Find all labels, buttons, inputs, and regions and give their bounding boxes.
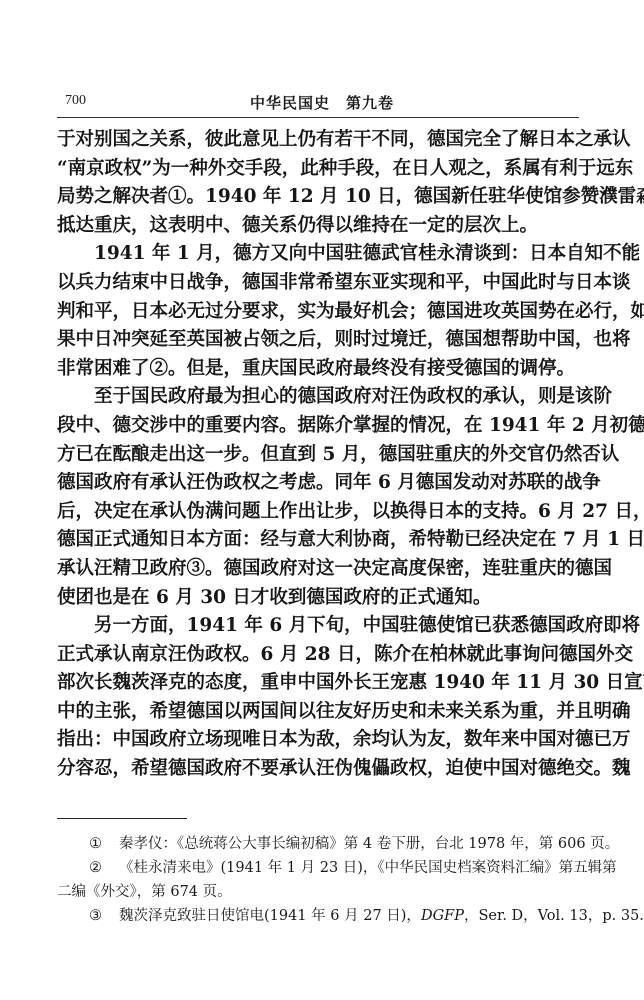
text-line: 果中日冲突延至英国被占领之后，则时过境迁，德国想帮助中国，也将	[57, 326, 581, 355]
text-line: 至于国民政府最为担心的德国政府对汪伪政权的承认，则是该阶	[57, 383, 581, 412]
footnote-text: 《桂永清来电》(1941 年 1 月 23 日)，《中华民国史档案资料汇编》第五…	[119, 860, 617, 876]
header-rule	[57, 117, 579, 118]
text-line: 判和平，日本必无过分要求，实为最好机会；德国进攻英国势在必行，如	[57, 298, 581, 327]
footnote-1: ①秦孝仪：《总统蒋公大事长编初稿》第 4 卷下册，台北 1978 年，第 606…	[57, 832, 581, 856]
text-line: 部次长魏茨泽克的态度，重申中国外长王宠惠 1940 年 11 月 30 日宣言	[57, 669, 581, 698]
footnotes: ①秦孝仪：《总统蒋公大事长编初稿》第 4 卷下册，台北 1978 年，第 606…	[57, 832, 581, 928]
text-line: 局势之解决者①。1940 年 12 月 10 日，德国新任驻华使馆参赞濮雷森	[57, 183, 581, 212]
text-line: 另一方面，1941 年 6 月下旬，中国驻德使馆已获悉德国政府即将	[57, 612, 581, 641]
running-title: 中华民国史 第九卷	[0, 92, 644, 113]
text-line: 正式承认南京汪伪政权。6 月 28 日，陈介在柏林就此事询问德国外交	[57, 641, 581, 670]
text-line: 以兵力结束中日战争，德国非常希望东亚实现和平，中国此时与日本谈	[57, 269, 581, 298]
body-text: 于对别国之关系，彼此意见上仍有若干不同，德国完全了解日本之承认 “南京政权”为一…	[57, 126, 581, 784]
text-line: 分容忍，希望德国政府不要承认汪伪傀儡政权，迫使中国对德绝交。魏	[57, 755, 581, 784]
footnote-2: ②《桂永清来电》(1941 年 1 月 23 日)，《中华民国史档案资料汇编》第…	[57, 856, 581, 880]
text-line: 承认汪精卫政府③。德国政府对这一决定高度保密，连驻重庆的德国	[57, 555, 581, 584]
text-line: “南京政权”为一种外交手段，此种手段，在日人观之，系属有利于远东	[57, 155, 581, 184]
text-line: 1941 年 1 月，德方又向中国驻德武官桂永清谈到：日本自知不能	[57, 240, 581, 269]
text-line: 德国正式通知日本方面：经与意大利协商，希特勒已经决定在 7 月 1 日	[57, 526, 581, 555]
footnote-marker: ②	[89, 856, 119, 880]
footnote-2-continued: 二编《外交》，第 674 页。	[57, 880, 581, 904]
footnote-text: 秦孝仪：《总统蒋公大事长编初稿》第 4 卷下册，台北 1978 年，第 606 …	[119, 836, 619, 852]
footnote-marker: ③	[89, 904, 119, 928]
text-line: 使团也是在 6 月 30 日才收到德国政府的正式通知。	[57, 584, 581, 613]
text-line: 后，决定在承认伪满问题上作出让步，以换得日本的支持。6 月 27 日，	[57, 498, 581, 527]
text-line: 指出：中国政府立场现唯日本为敌，余均认为友，数年来中国对德已万	[57, 726, 581, 755]
text-line: 方已在酝酿走出这一步。但直到 5 月，德国驻重庆的外交官仍然否认	[57, 441, 581, 470]
text-line: 抵达重庆，这表明中、德关系仍得以维持在一定的层次上。	[57, 212, 581, 241]
footnote-rule	[57, 818, 187, 819]
footnote-text: ，Ser. D，Vol. 13，p. 35.	[464, 908, 644, 924]
text-line: 德国政府有承认汪伪政权之考虑。同年 6 月德国发动对苏联的战争	[57, 469, 581, 498]
text-line: 段中、德交涉中的重要内容。据陈介掌握的情况，在 1941 年 2 月初德	[57, 412, 581, 441]
text-line: 中的主张，希望德国以两国间以往友好历史和未来关系为重，并且明确	[57, 698, 581, 727]
footnote-3: ③魏茨泽克致驻日使馆电(1941 年 6 月 27 日)，DGFP，Ser. D…	[57, 904, 581, 928]
text-line: 非常困难了②。但是，重庆国民政府最终没有接受德国的调停。	[57, 355, 581, 384]
text-line: 于对别国之关系，彼此意见上仍有若干不同，德国完全了解日本之承认	[57, 126, 581, 155]
footnote-text: 魏茨泽克致驻日使馆电(1941 年 6 月 27 日)，	[119, 908, 421, 924]
footnote-marker: ①	[89, 832, 119, 856]
footnote-source-abbrev: DGFP	[421, 908, 464, 924]
